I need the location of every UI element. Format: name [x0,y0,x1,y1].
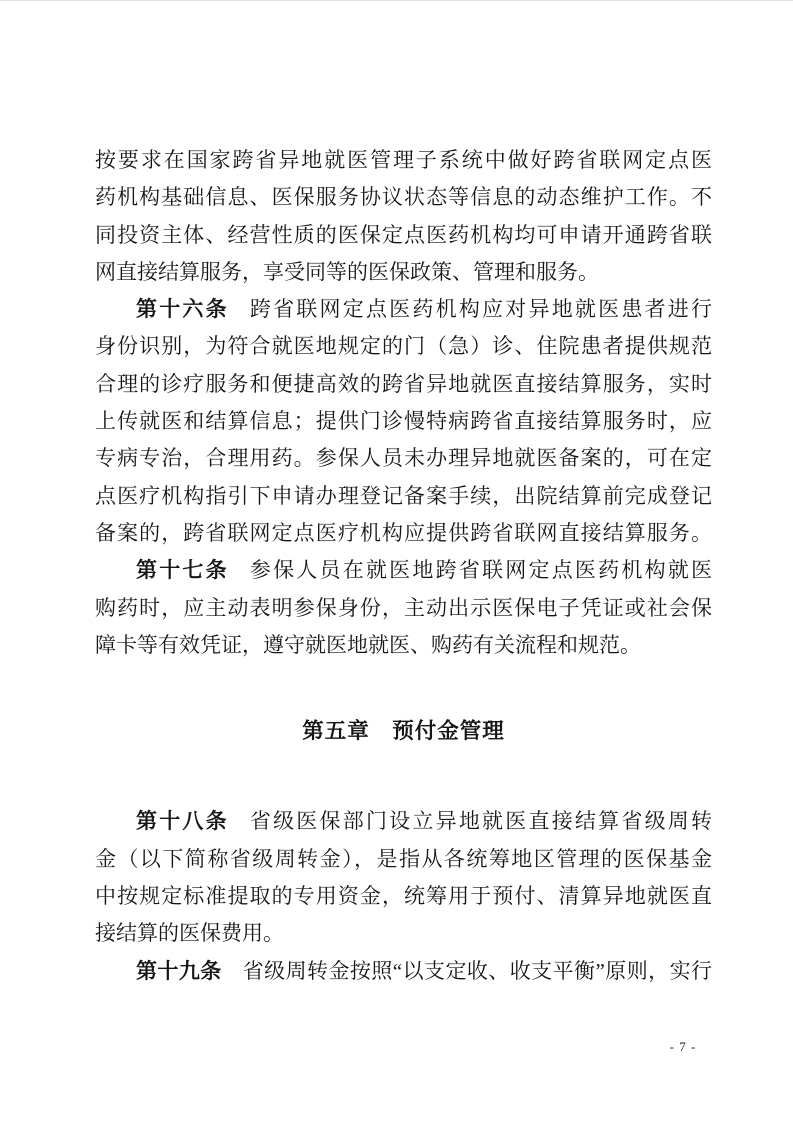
line-text: 跨省联网定点医药机构应对异地就医患者进行 [250,297,712,321]
text-line: 网直接结算服务，享受同等的医保政策、管理和服务。 [95,254,712,291]
line-text: 点医疗机构指引下申请办理登记备案手续，出院结算前完成登记 [95,484,712,508]
line-text: 接结算的医保费用。 [95,921,284,945]
text-line: 金（以下简称省级周转金），是指从各统筹地区管理的医保基金 [95,841,712,878]
line-text: 按要求在国家跨省异地就医管理子系统中做好跨省联网定点医 [95,148,712,172]
line-text: 网直接结算服务，享受同等的医保政策、管理和服务。 [95,260,599,284]
page-number: - 7 - [653,1039,713,1055]
text-line: 身份识别，为符合就医地规定的门（急）诊、住院患者提供规范 [95,328,712,365]
text-line: 合理的诊疗服务和便捷高效的跨省异地就医直接结算服务，实时 [95,366,712,403]
text-line: 接结算的医保费用。 [95,915,712,952]
text-line: 中按规定标准提取的专用资金，统筹用于预付、清算异地就医直 [95,878,712,915]
text-line: 药机构基础信息、医保服务协议状态等信息的动态维护工作。不 [95,179,712,216]
line-text: 身份识别，为符合就医地规定的门（急）诊、住院患者提供规范 [95,334,712,358]
text-line: 备案的，跨省联网定点医疗机构应提供跨省联网直接结算服务。 [95,515,712,552]
line-text: 金（以下简称省级周转金），是指从各统筹地区管理的医保基金 [95,847,712,871]
line-text: 中按规定标准提取的专用资金，统筹用于预付、清算异地就医直 [95,884,712,908]
article-number: 第十七条 [136,558,229,582]
line-text: 省级医保部门设立异地就医直接结算省级周转 [250,809,712,833]
document-body: 按要求在国家跨省异地就医管理子系统中做好跨省联网定点医药机构基础信息、医保服务协… [95,142,712,990]
article-number: 第十九条 [136,959,222,983]
chapter-heading: 第五章 预付金管理 [95,713,712,750]
line-text: 省级周转金按照“以支定收、收支平衡”原则，实行 [243,959,712,983]
text-line: 第十六条跨省联网定点医药机构应对异地就医患者进行 [95,291,712,328]
text-line: 点医疗机构指引下申请办理登记备案手续，出院结算前完成登记 [95,478,712,515]
text-line: 专病专治，合理用药。参保人员未办理异地就医备案的，可在定 [95,440,712,477]
line-text: 障卡等有效凭证，遵守就医地就医、购药有关流程和规范。 [95,633,641,657]
text-line: 第十八条省级医保部门设立异地就医直接结算省级周转 [95,803,712,840]
line-text: 同投资主体、经营性质的医保定点医药机构均可申请开通跨省联 [95,223,712,247]
text-line: 障卡等有效凭证，遵守就医地就医、购药有关流程和规范。 [95,627,712,664]
document-page: 按要求在国家跨省异地就医管理子系统中做好跨省联网定点医药机构基础信息、医保服务协… [0,0,793,1122]
line-text: 备案的，跨省联网定点医疗机构应提供跨省联网直接结算服务。 [95,521,712,545]
article-number: 第十六条 [136,297,229,321]
line-text: 参保人员在就医地跨省联网定点医药机构就医 [250,558,712,582]
text-line: 按要求在国家跨省异地就医管理子系统中做好跨省联网定点医 [95,142,712,179]
text-line: 第十九条省级周转金按照“以支定收、收支平衡”原则，实行 [95,953,712,990]
text-line: 购药时，应主动表明参保身份，主动出示医保电子凭证或社会保 [95,590,712,627]
line-text: 上传就医和结算信息；提供门诊慢特病跨省直接结算服务时，应 [95,409,712,433]
line-text: 合理的诊疗服务和便捷高效的跨省异地就医直接结算服务，实时 [95,372,712,396]
line-text: 药机构基础信息、医保服务协议状态等信息的动态维护工作。不 [95,185,712,209]
text-line: 上传就医和结算信息；提供门诊慢特病跨省直接结算服务时，应 [95,403,712,440]
line-text: 购药时，应主动表明参保身份，主动出示医保电子凭证或社会保 [95,596,712,620]
text-line: 第十七条参保人员在就医地跨省联网定点医药机构就医 [95,552,712,589]
text-line: 同投资主体、经营性质的医保定点医药机构均可申请开通跨省联 [95,217,712,254]
line-text: 专病专治，合理用药。参保人员未办理异地就医备案的，可在定 [95,446,712,470]
article-number: 第十八条 [136,809,229,833]
